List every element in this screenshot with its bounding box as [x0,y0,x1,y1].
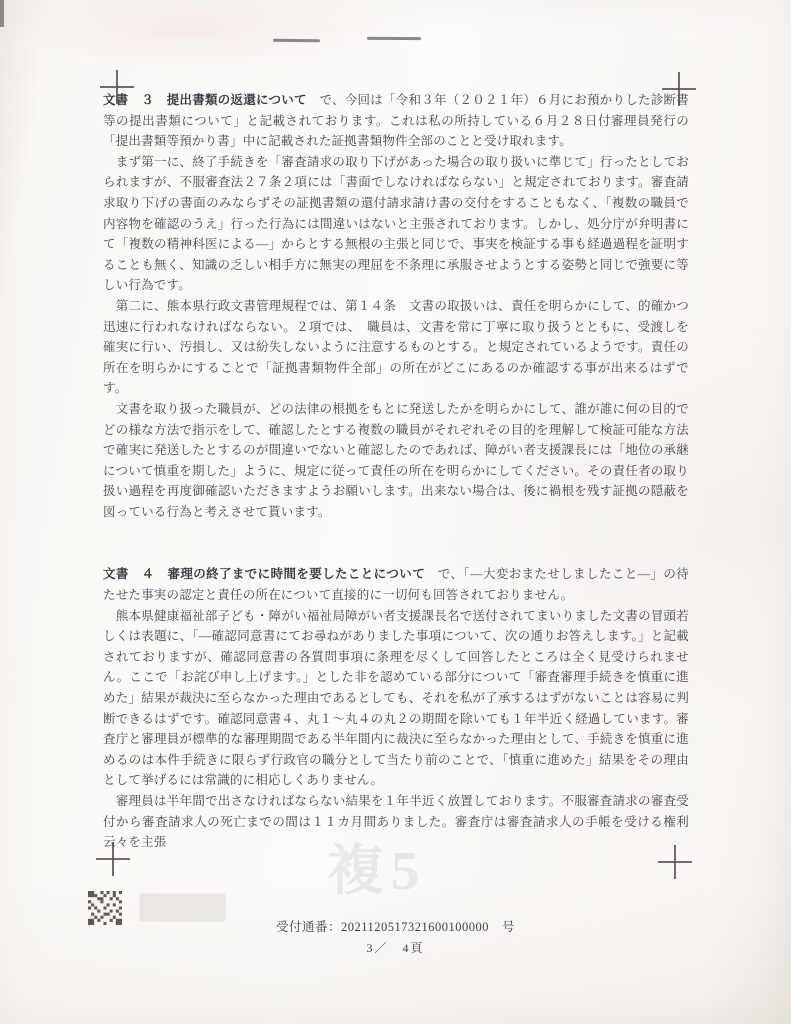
page-footer: 受付通番：2021120517321600100000 号 3／ 4頁 [0,917,791,959]
paragraph: 文書を取り扱った職員が、どの法律の根拠をもとに発送したかを明らかにして、誰が誰に… [103,399,689,523]
bleedthrough-watermark: 複5 [327,826,525,905]
section-3-lead-paragraph: 文書 ３ 提出書類の返還について で、今回は「令和３年（２０２１年）６月にお預か… [103,90,689,152]
document-body: 文書 ３ 提出書類の返還について で、今回は「令和３年（２０２１年）６月にお預か… [103,90,689,853]
scan-dash-artifact [273,39,320,42]
page-indicator: 3／ 4頁 [0,938,791,959]
section-4-heading: 文書 ４ 審理の終了までに時間を要したことについて [103,567,425,581]
paragraph: 第二に、熊本県行政文書管理規程では、第１４条 文書の取扱いは、責任を明らかにして… [103,296,689,399]
scan-edge-artifact [0,0,4,27]
receipt-number-line: 受付通番：2021120517321600100000 号 [0,917,791,938]
section-4-lead-paragraph: 文書 ４ 審理の終了までに時間を要したことについて で、「―大変おまたせしました… [103,564,689,605]
scan-dash-artifact [367,37,421,40]
paragraph: 熊本県健康福祉部子ども・障がい福祉局障がい者支援課長名で送付されてまいりました文… [103,606,689,791]
section-3-heading: 文書 ３ 提出書類の返還について [103,93,307,107]
paragraph: まず第一に、終了手続きを「審査請求の取り下げがあった場合の取り扱いに準じて」行っ… [103,152,689,296]
scanned-page: 文書 ３ 提出書類の返還について で、今回は「令和３年（２０２１年）６月にお預か… [0,0,791,1024]
